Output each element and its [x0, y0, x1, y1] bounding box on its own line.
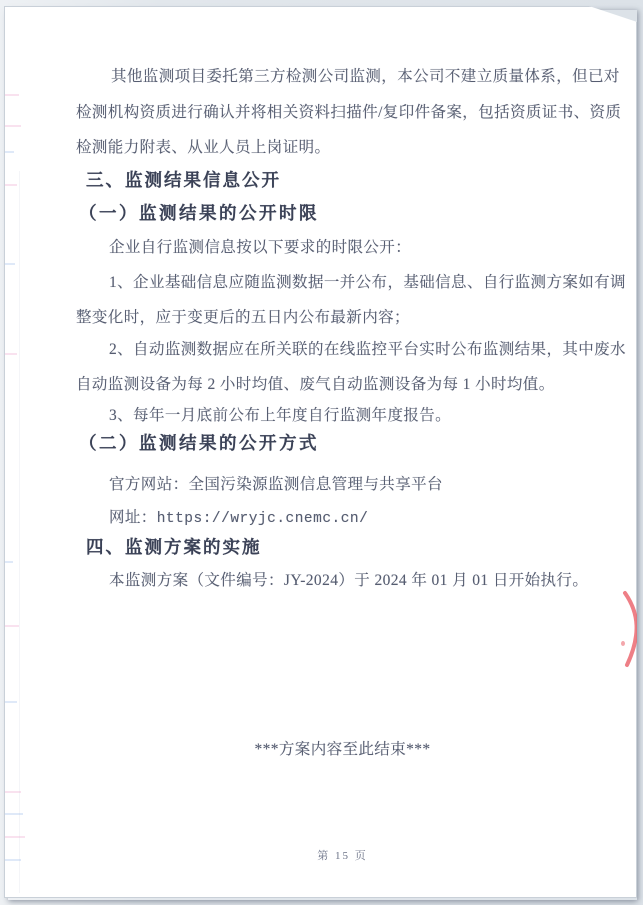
- scan-artifact: [5, 184, 17, 186]
- section-3-1-heading: （一）监测结果的公开时限: [79, 203, 319, 223]
- scan-artifact: [5, 94, 19, 96]
- section-3-2-heading: （二）监测结果的公开方式: [79, 433, 319, 453]
- scan-artifact: [5, 859, 21, 861]
- implementation-line: 本监测方案（文件编号：JY-2024）于 2024 年 01 月 01 日开始执…: [109, 571, 588, 591]
- scan-artifact: [5, 353, 17, 355]
- official-website-line: 官方网站：全国污染源监测信息管理与共享平台: [109, 475, 443, 495]
- intro-paragraph-line-1: 其他监测项目委托第三方检测公司监测，本公司不建立质量体系，但已对: [111, 67, 620, 87]
- document-page: 其他监测项目委托第三方检测公司监测，本公司不建立质量体系，但已对 检测机构资质进…: [4, 6, 637, 898]
- website-url-line: 网址：https://wryjc.cnemc.cn/: [109, 508, 368, 529]
- scan-artifact: [5, 625, 19, 627]
- disclosure-item-1-line-1: 1、企业基础信息应随监测数据一并公布，基础信息、自行监测方案如有调: [109, 273, 626, 293]
- end-of-plan-marker: ***方案内容至此结束***: [76, 740, 609, 760]
- scan-artifact: [5, 151, 14, 153]
- red-stamp-dot-mark: [621, 641, 625, 646]
- disclosure-item-2-line-2: 自动监测设备为每 2 小时均值、废气自动监测设备为每 1 小时均值。: [76, 375, 555, 395]
- url-label: 网址：: [109, 509, 157, 526]
- disclosure-item-1-line-2: 整变化时，应于变更后的五日内公布最新内容；: [76, 308, 410, 328]
- intro-paragraph-line-3: 检测能力附表、从业人员上岗证明。: [76, 138, 330, 158]
- scan-artifact: [5, 813, 23, 815]
- page-number: 第 15 页: [76, 847, 609, 863]
- scan-artifact: [5, 701, 17, 703]
- scan-artifact: [5, 263, 15, 265]
- scan-artifact: [5, 125, 21, 127]
- scanned-document-screenshot: { "colors": { "background": "#dce2e8", "…: [0, 0, 643, 905]
- section-3-heading: 三、监测结果信息公开: [86, 170, 281, 190]
- scan-crease-line: [19, 171, 20, 893]
- section-4-heading: 四、监测方案的实施: [86, 537, 262, 557]
- intro-paragraph-line-2: 检测机构资质进行确认并将相关资料扫描件/复印件备案，包括资质证书、资质: [76, 103, 621, 123]
- scan-artifact: [5, 561, 13, 563]
- red-stamp-arc-mark: [616, 589, 642, 669]
- scan-artifact: [5, 836, 25, 838]
- disclosure-time-intro: 企业自行监测信息按以下要求的时限公开：: [109, 238, 411, 258]
- scan-artifact: [5, 791, 21, 793]
- website-url: https://wryjc.cnemc.cn/: [157, 511, 369, 527]
- disclosure-item-2-line-1: 2、自动监测数据应在所关联的在线监控平台实时公布监测结果，其中废水: [109, 340, 626, 360]
- disclosure-item-3: 3、每年一月底前公布上年度自行监测年度报告。: [109, 406, 451, 426]
